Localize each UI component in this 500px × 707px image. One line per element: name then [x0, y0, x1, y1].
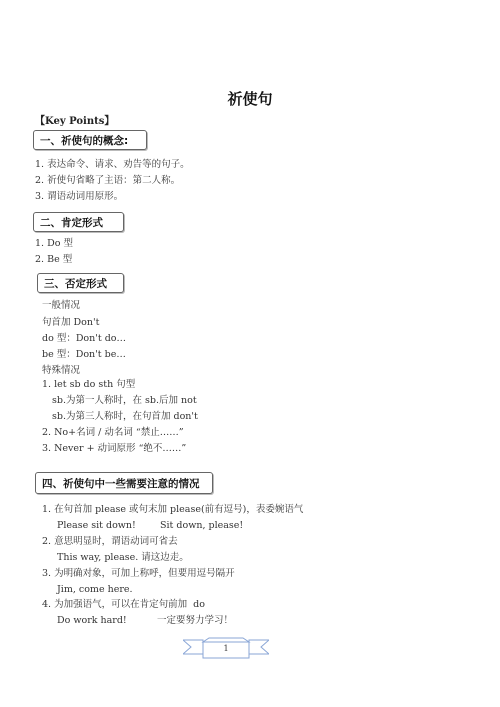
list-item: 3. 为明确对象，可加上称呼，但要用逗号隔开	[42, 567, 235, 581]
list-item: sb.为第一人称时，在 sb.后加 not	[52, 394, 197, 408]
list-item: 特殊情况	[42, 364, 80, 378]
list-item: 3. Never + 动词原形 “绝不……”	[42, 442, 186, 456]
example-sentence: Please sit down! Sit down, please!	[57, 519, 243, 533]
list-item: sb.为第三人称时，在句首加 don't	[52, 410, 198, 424]
section-heading-affirmative: 二、肯定形式	[33, 212, 124, 232]
page-number: 1	[203, 644, 249, 653]
list-item: 一般情况	[42, 299, 80, 313]
list-item: be 型：Don't be…	[42, 348, 126, 362]
list-item: 句首加 Don't	[42, 316, 99, 330]
list-item: 2. 祈使句省略了主语：第二人称。	[35, 174, 180, 188]
list-item: 1. 表达命令、请求、劝告等的句子。	[35, 158, 190, 172]
section-heading-notes: 四、祈使句中一些需要注意的情况	[35, 472, 213, 494]
list-item: 1. Do 型	[35, 237, 73, 251]
list-item: 2. Be 型	[35, 253, 72, 267]
key-points-label: 【Key Points】	[35, 112, 114, 127]
list-item: 4. 为加强语气，可以在肯定句前加 do	[42, 598, 205, 612]
section-heading-text: 一、祈使句的概念:	[40, 133, 128, 148]
section-heading-text: 二、肯定形式	[40, 215, 103, 230]
list-item: do 型：Don't do…	[42, 332, 126, 346]
example-sentence: This way, please. 请这边走。	[57, 551, 189, 565]
list-item: 1. let sb do sth 句型	[42, 378, 135, 392]
page-title: 祈使句	[0, 88, 500, 109]
section-heading-negative: 三、否定形式	[37, 273, 124, 293]
list-item: 2. 意思明显时，谓语动词可省去	[42, 535, 178, 549]
page-number-ribbon: 1	[183, 636, 269, 660]
list-item: 2. No+名词 / 动名词 “禁止……”	[42, 426, 184, 440]
list-item: 3. 谓语动词用原形。	[35, 190, 123, 204]
example-sentence: Jim, come here.	[57, 583, 133, 597]
section-heading-text: 三、否定形式	[44, 276, 107, 291]
section-heading-concept: 一、祈使句的概念:	[33, 130, 147, 150]
section-heading-text: 四、祈使句中一些需要注意的情况	[42, 476, 200, 491]
list-item: 1. 在句首加 please 或句末加 please(前有逗号)，表委婉语气	[42, 503, 303, 517]
example-sentence: Do work hard! 一定要努力学习！	[57, 614, 233, 628]
